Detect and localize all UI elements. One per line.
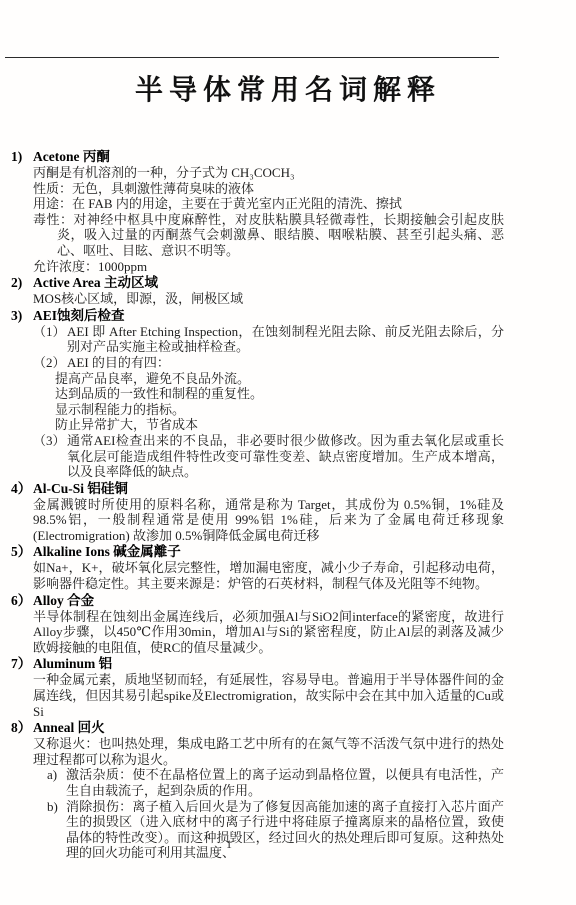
term-section: 3) AEI蚀刻后检查 （1） AEI 即 After Etching Insp… — [11, 307, 504, 480]
paragraph-text: 性质：无色，具刺激性薄荷臭味的液体 — [33, 181, 254, 196]
paragraph-text: AEI 的目的有四： — [67, 355, 504, 371]
paragraph-text: AEI 即 After Etching Inspection，在蚀刻制程光阻去除… — [67, 324, 504, 355]
term-title: Active Area 主动区域 — [33, 274, 504, 291]
paragraph-text: 又称退火：也叫热处理，集成电路工艺中所有的在氮气等不活泼气氛中进行的热处理过程都… — [33, 736, 504, 767]
term-definition: 一种金属元素，质地坚韧而轻，有延展性，容易导电。普遍用于半导体器件间的金属连线，… — [33, 672, 504, 719]
definition-paragraph: 一种金属元素，质地坚韧而轻，有延展性，容易导电。普遍用于半导体器件间的金属连线，… — [33, 672, 504, 719]
paragraph-text: 用途：在 FAB 内的用途，主要在于黄光室内正光阻的清洗、擦拭 — [33, 196, 402, 211]
definition-paragraph: a) 激活杂质：使不在晶格位置上的离子运动到晶格位置，以便具有电活性，产生自由载… — [33, 767, 504, 798]
paragraph-text: 毒性：对神经中枢具中度麻醉性，对皮肤粘膜具轻微毒性，长期接触会引起皮肤炎，吸入过… — [33, 212, 504, 258]
term-number: 2) — [11, 274, 33, 291]
term-definition: 半导体制程在蚀刻出金属连线后，必须加强Al与SiO2间interface的紧密度… — [33, 609, 504, 656]
term-heading: 8） Anneal 回火 — [11, 719, 504, 736]
paragraph-text: 激活杂质：使不在晶格位置上的离子运动到晶格位置，以便具有电活性，产生自由载流子，… — [66, 767, 504, 798]
definition-paragraph: 如Na+，K+，破坏氧化层完整性，增加漏电密度，减小少子寿命，引起移动电荷，影响… — [33, 560, 504, 591]
definition-paragraph: 提高产品良率，避免不良品外流。 — [33, 371, 504, 387]
definition-paragraph: （1） AEI 即 After Etching Inspection，在蚀刻制程… — [33, 324, 504, 355]
definition-paragraph: 允许浓度：1000ppm — [33, 259, 504, 275]
page-title: 半导体常用名词解释 — [0, 74, 576, 108]
term-definition: 丙酮是有机溶剂的一种，分子式为 CH₃COCH₃ 性质：无色，具刺激性薄荷臭味的… — [33, 165, 504, 274]
definition-paragraph: MOS核心区域，即源，汲，闸极区域 — [33, 291, 504, 307]
term-section: 7） Aluminum 铝 一种金属元素，质地坚韧而轻，有延展性，容易导电。普遍… — [11, 655, 504, 719]
page-footer: 1 — [0, 837, 458, 852]
list-marker: （2） — [33, 355, 67, 371]
paragraph-text: MOS核心区域，即源，汲，闸极区域 — [33, 291, 243, 306]
definition-paragraph: （3） 通常AEI检查出来的不良品，非必要时很少做修改。因为重去氧化层或重长氧化… — [33, 433, 504, 480]
paragraph-text: 金属溅镀时所使用的原料名称，通常是称为 Target，其成份为 0.5%铜，1%… — [33, 497, 504, 543]
paragraph-text: 通常AEI检查出来的不良品，非必要时很少做修改。因为重去氧化层或重长氧化层可能造… — [67, 433, 504, 480]
definition-paragraph: 达到品质的一致性和制程的重复性。 — [33, 386, 504, 402]
paragraph-text: 达到品质的一致性和制程的重复性。 — [55, 386, 263, 401]
definition-paragraph: （2） AEI 的目的有四： — [33, 355, 504, 371]
term-heading: 2) Active Area 主动区域 — [11, 274, 504, 291]
term-number: 6） — [11, 592, 33, 609]
term-number: 8） — [11, 719, 33, 736]
paragraph-text: 显示制程能力的指标。 — [55, 402, 185, 417]
list-marker: （1） — [33, 324, 67, 355]
definition-paragraph: 金属溅镀时所使用的原料名称，通常是称为 Target，其成份为 0.5%铜，1%… — [33, 497, 504, 544]
term-title: AEI蚀刻后检查 — [33, 307, 504, 324]
term-title: Aluminum 铝 — [33, 655, 504, 672]
term-heading: 7） Aluminum 铝 — [11, 655, 504, 672]
term-number: 7） — [11, 655, 33, 672]
document-body: 1) Acetone 丙酮 丙酮是有机溶剂的一种，分子式为 CH₃COCH₃ 性… — [0, 148, 576, 861]
definition-paragraph: 丙酮是有机溶剂的一种，分子式为 CH₃COCH₃ — [33, 165, 504, 181]
definition-paragraph: 防止异常扩大，节省成本 — [33, 417, 504, 433]
definition-paragraph: 用途：在 FAB 内的用途，主要在于黄光室内正光阻的清洗、擦拭 — [33, 196, 504, 212]
term-definition: MOS核心区域，即源，汲，闸极区域 — [33, 291, 504, 307]
term-title: Alloy 合金 — [33, 592, 504, 609]
document-page: 半导体常用名词解释 1) Acetone 丙酮 丙酮是有机溶剂的一种，分子式为 … — [0, 0, 576, 905]
paragraph-text: 一种金属元素，质地坚韧而轻，有延展性，容易导电。普遍用于半导体器件间的金属连线，… — [33, 672, 504, 718]
term-section: 5） Alkaline Ions 碱金属離子 如Na+，K+，破坏氧化层完整性，… — [11, 543, 504, 591]
header-rule — [5, 57, 499, 58]
paragraph-text: 允许浓度：1000ppm — [33, 259, 147, 274]
term-heading: 6） Alloy 合金 — [11, 592, 504, 609]
page-number: 1 — [226, 837, 232, 851]
term-number: 1) — [11, 148, 33, 165]
term-heading: 5） Alkaline Ions 碱金属離子 — [11, 543, 504, 560]
term-heading: 1) Acetone 丙酮 — [11, 148, 504, 165]
term-definition: 如Na+，K+，破坏氧化层完整性，增加漏电密度，减小少子寿命，引起移动电荷，影响… — [33, 560, 504, 591]
paragraph-text: 半导体制程在蚀刻出金属连线后，必须加强Al与SiO2间interface的紧密度… — [33, 609, 504, 655]
definition-paragraph: 性质：无色，具刺激性薄荷臭味的液体 — [33, 181, 504, 197]
definition-paragraph: 半导体制程在蚀刻出金属连线后，必须加强Al与SiO2间interface的紧密度… — [33, 609, 504, 656]
term-number: 4） — [11, 480, 33, 497]
list-marker: a) — [47, 767, 66, 798]
term-heading: 3) AEI蚀刻后检查 — [11, 307, 504, 324]
term-definition: （1） AEI 即 After Etching Inspection，在蚀刻制程… — [33, 324, 504, 480]
paragraph-text: 丙酮是有机溶剂的一种，分子式为 CH₃COCH₃ — [33, 165, 295, 180]
term-number: 5） — [11, 543, 33, 560]
list-marker: （3） — [33, 433, 67, 480]
term-title: Anneal 回火 — [33, 719, 504, 736]
term-section: 4） Al-Cu-Si 铝硅铜 金属溅镀时所使用的原料名称，通常是称为 Targ… — [11, 480, 504, 544]
definition-paragraph: 又称退火：也叫热处理，集成电路工艺中所有的在氮气等不活泼气氛中进行的热处理过程都… — [33, 736, 504, 767]
term-title: Alkaline Ions 碱金属離子 — [33, 543, 504, 560]
term-definition: 金属溅镀时所使用的原料名称，通常是称为 Target，其成份为 0.5%铜，1%… — [33, 497, 504, 544]
term-section: 6） Alloy 合金 半导体制程在蚀刻出金属连线后，必须加强Al与SiO2间i… — [11, 592, 504, 656]
paragraph-text: 如Na+，K+，破坏氧化层完整性，增加漏电密度，减小少子寿命，引起移动电荷，影响… — [33, 560, 504, 591]
term-number: 3) — [11, 307, 33, 324]
paragraph-text: 防止异常扩大，节省成本 — [55, 417, 198, 432]
term-section: 2) Active Area 主动区域 MOS核心区域，即源，汲，闸极区域 — [11, 274, 504, 307]
term-section: 1) Acetone 丙酮 丙酮是有机溶剂的一种，分子式为 CH₃COCH₃ 性… — [11, 148, 504, 274]
definition-paragraph: 显示制程能力的指标。 — [33, 402, 504, 418]
paragraph-text: 提高产品良率，避免不良品外流。 — [55, 371, 250, 386]
definition-paragraph: 毒性：对神经中枢具中度麻醉性，对皮肤粘膜具轻微毒性，长期接触会引起皮肤炎，吸入过… — [33, 212, 504, 259]
term-heading: 4） Al-Cu-Si 铝硅铜 — [11, 480, 504, 497]
term-title: Al-Cu-Si 铝硅铜 — [33, 480, 504, 497]
term-title: Acetone 丙酮 — [33, 148, 504, 165]
